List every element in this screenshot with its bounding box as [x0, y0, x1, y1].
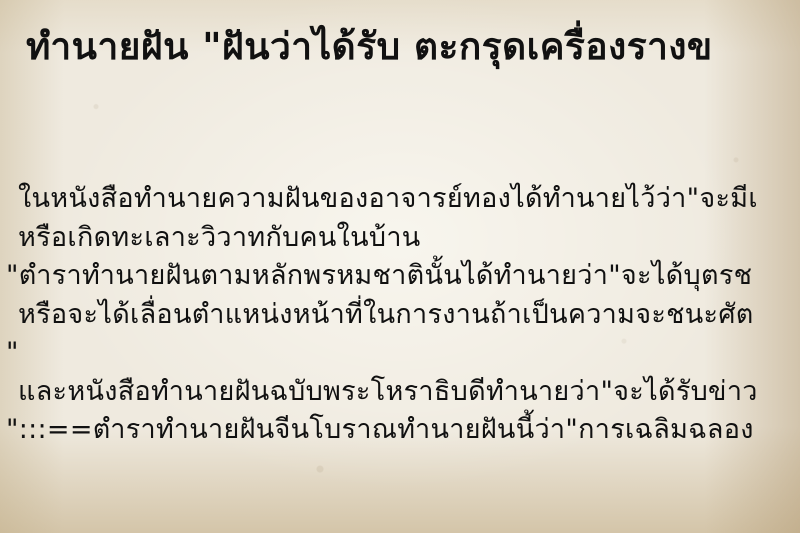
text-line: หรือเกิดทะเลาะวิวาทกับคนในบ้าน — [0, 219, 800, 258]
text-line: และหนังสือทำนายฝันฉบับพระโหราธิบดีทำนายว… — [0, 373, 800, 412]
dream-interpretation-text: ในหนังสือทำนายความฝันของอาจารย์ทองได้ทำน… — [0, 180, 800, 450]
page-title: ทำนายฝัน "ฝันว่าได้รับ ตะกรุดเครื่องรางข — [26, 14, 713, 80]
text-line: " — [0, 334, 800, 373]
text-line: ":::==ตำราทำนายฝันจีนโบราณทำนายฝันนี้ว่า… — [0, 411, 800, 450]
text-line: หรือจะได้เลื่อนตำแหน่งหน้าที่ในการงานถ้า… — [0, 296, 800, 335]
text-line: ในหนังสือทำนายความฝันของอาจารย์ทองได้ทำน… — [0, 180, 800, 219]
text-line: "ตำราทำนายฝันตามหลักพรหมชาตินั้นได้ทำนาย… — [0, 257, 800, 296]
